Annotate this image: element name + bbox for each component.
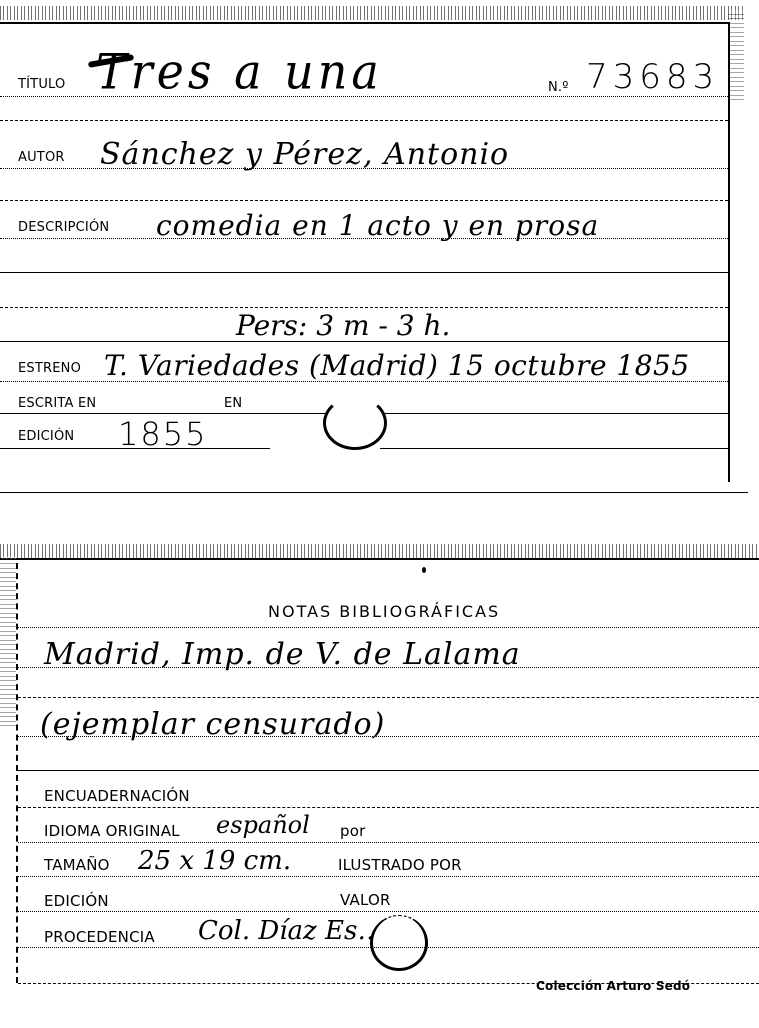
rule-edicion-back [18,911,759,912]
value-estreno: T. Variedades (Madrid) 15 octubre 1855 [104,352,690,380]
label-numero: N.º [548,81,569,94]
note-line-1: Madrid, Imp. de V. de Lalama [44,640,521,670]
value-tamano: 25 x 19 cm. [138,848,291,874]
value-personajes: Pers: 3 m - 3 h. [236,312,450,340]
rule-note-end [18,770,759,771]
rule-personajes [0,341,728,342]
label-descripcion: DESCRIPCIÓN [18,221,109,234]
value-titulo: Tres a una [96,48,383,96]
speck-mark [422,567,426,573]
rule-procedencia [18,947,759,948]
label-edicion-back: EDICIÓN [44,894,109,909]
rule-blank-3 [0,272,728,273]
label-procedencia: PROCEDENCIA [44,930,155,945]
rule-autor [0,168,728,169]
label-tamano: TAMAÑO [44,858,110,873]
rule-encuadernacion [18,807,759,808]
rule-tamano [18,876,759,877]
rule-heading [18,627,759,628]
label-por: por [340,824,365,839]
value-descripcion: comedia en 1 acto y en prosa [156,212,599,240]
collection-credit: Colección Arturo Sedó [536,980,690,992]
value-numero: 73683 [586,60,719,94]
rule-descripcion [0,238,728,239]
label-edicion: EDICIÓN [18,430,74,443]
value-idioma-original: español [216,813,310,837]
rule-idioma [18,842,759,843]
rule-titulo [0,96,728,97]
rule-note-2 [18,736,759,737]
label-autor: AUTOR [18,151,65,164]
rule-note-1 [18,667,759,668]
rule-blank-1 [0,120,728,121]
torn-edge-top-back [0,544,759,558]
label-escrita-en: ESCRITA EN [18,397,96,410]
rule-estreno [0,381,728,382]
label-valor: VALOR [340,893,391,908]
label-ilustrado-por: ILUSTRADO POR [338,858,462,873]
label-titulo: TÍTULO [18,78,65,91]
label-en: EN [224,397,242,410]
notas-heading: NOTAS BIBLIOGRÁFICAS [268,604,500,620]
value-edicion: 1855 [118,418,207,450]
rule-blank-4 [0,307,728,308]
rule-blank-2 [0,200,728,201]
card-back-top-edge [0,558,759,560]
punch-hole-mark-back [370,915,428,971]
label-idioma-original: IDIOMA ORIGINAL [44,824,180,839]
rule-escrita-en [0,413,325,414]
rule-escrita-en-right [385,413,728,414]
torn-edge-left-back [0,556,16,726]
rule-edicion-right [380,448,728,449]
label-estreno: ESTRENO [18,362,81,375]
label-encuadernacion: ENCUADERNACIÓN [44,789,190,804]
torn-edge-top [0,6,745,20]
value-autor: Sánchez y Pérez, Antonio [100,140,509,170]
rule-note-blank [18,697,759,698]
rule-edicion [0,448,270,449]
card-front-bottom-edge [0,492,748,493]
punch-hole-mark-front [323,396,387,450]
torn-edge-right [728,10,744,100]
